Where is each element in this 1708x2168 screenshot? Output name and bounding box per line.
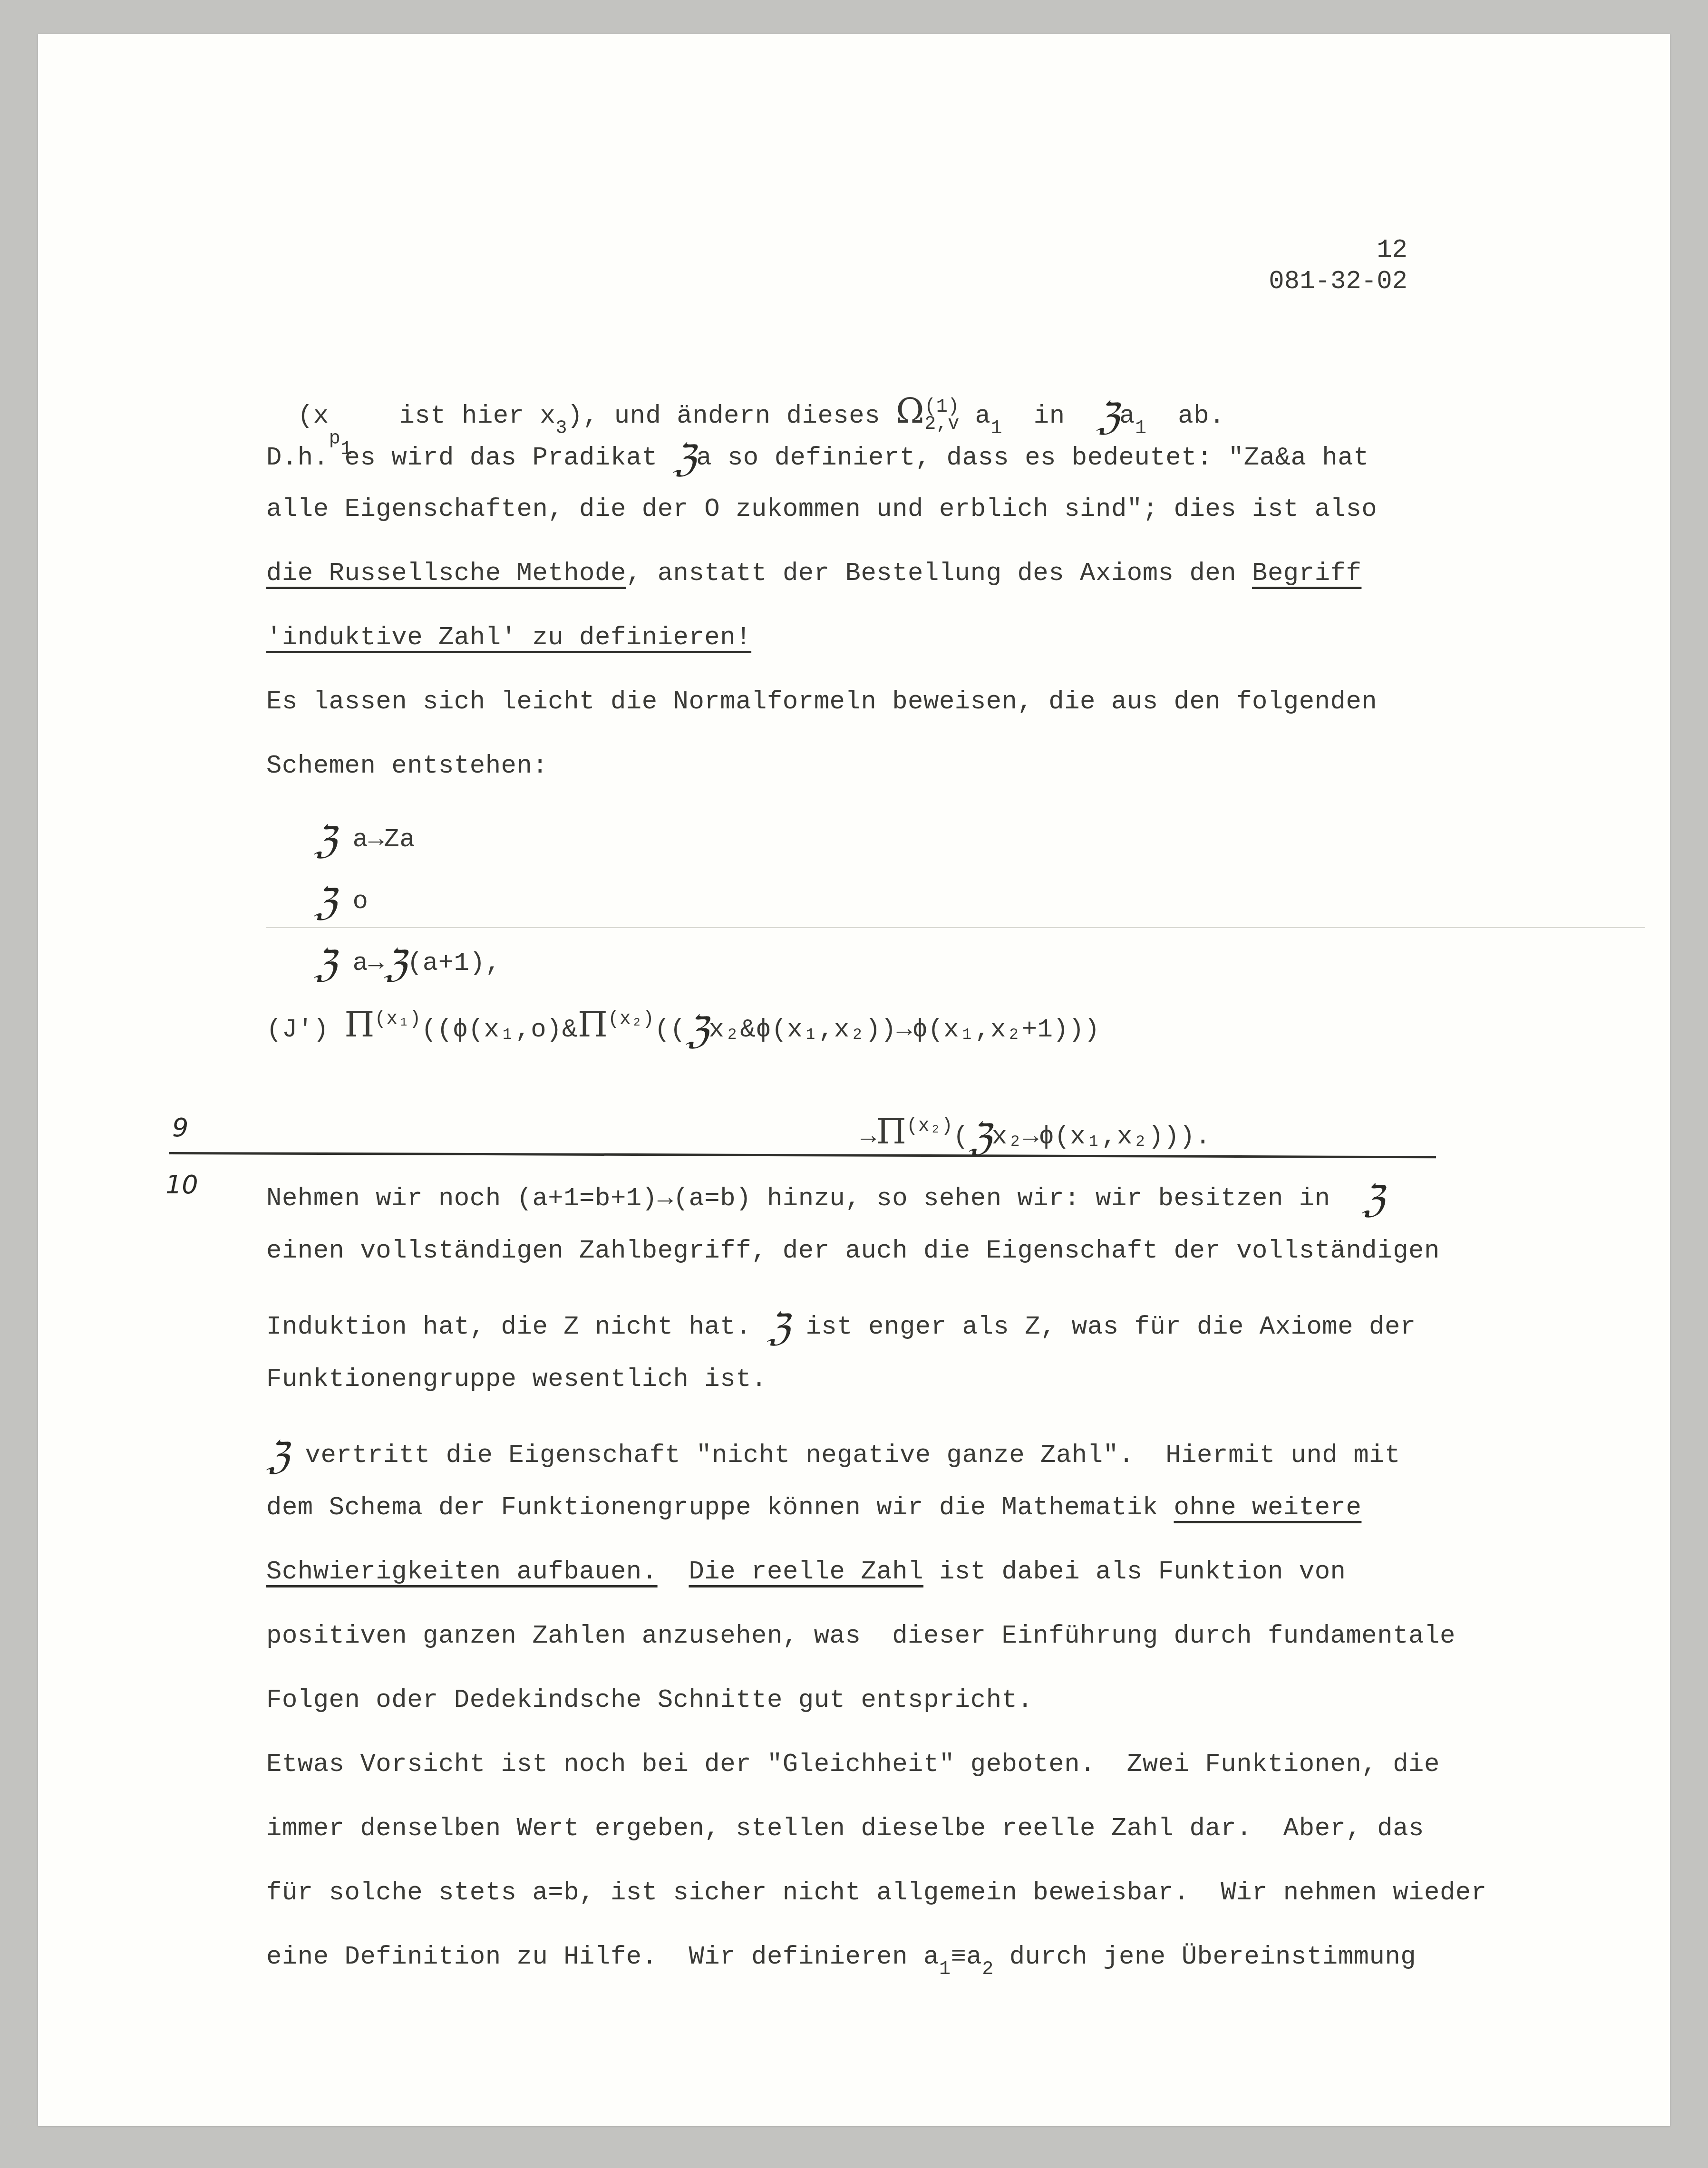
fraktur-z-symbol: ℨ xyxy=(686,1012,709,1049)
text-line: Schemen entstehen: xyxy=(266,754,548,779)
document-id: 081-32-02 xyxy=(1255,269,1407,295)
text-line: immer denselben Wert ergeben, stellen di… xyxy=(266,1816,1424,1842)
text-line: dem Schema der Funktionengruppe können w… xyxy=(266,1495,1361,1521)
fraktur-z-symbol: ℨ xyxy=(314,822,337,859)
formula-j-prime: (J') Π(x₁)((ϕ(x₁,o)&Π(x₂)((ℨx₂&ϕ(x₁,x₂))… xyxy=(266,1006,1100,1043)
text-line: Es lassen sich leicht die Normalformeln … xyxy=(266,689,1377,715)
paper-crease xyxy=(266,927,1645,928)
text-line: D.h. es wird das Pradikat ℨa so definier… xyxy=(266,434,1369,471)
fraktur-z-symbol: ℨ xyxy=(673,440,697,477)
scheme-formula: ℨ o xyxy=(314,877,368,915)
scheme-formula: ℨ a→Za xyxy=(314,815,415,853)
fraktur-z-symbol: ℨ xyxy=(767,1309,790,1346)
underlined-phrase: die Russellsche Methode xyxy=(266,559,626,588)
margin-note-9: 9 xyxy=(172,1113,188,1142)
text-line: 'induktive Zahl' zu definieren! xyxy=(266,625,751,651)
page-number: 12 xyxy=(1360,238,1407,263)
fraktur-z-symbol: ℨ xyxy=(1096,398,1119,436)
omega-symbol: Ω xyxy=(896,391,924,431)
text-line: Funktionengruppe wesentlich ist. xyxy=(266,1367,767,1393)
text-line: eine Definition zu Hilfe. Wir definieren… xyxy=(266,1945,1416,1979)
underlined-phrase: 'induktive Zahl' zu definieren! xyxy=(266,623,751,652)
text-line: Folgen oder Dedekindsche Schnitte gut en… xyxy=(266,1688,1033,1713)
underlined-phrase: ohne weitere xyxy=(1174,1493,1362,1522)
fraktur-z-symbol: ℨ xyxy=(314,884,337,921)
pi-symbol: Π xyxy=(578,1005,608,1045)
formula-j-prime-continuation: →Π(x₂)(ℨx₂→ϕ(x₁,x₂))). xyxy=(861,1113,1211,1150)
text-line: Schwierigkeiten aufbauen. Die reelle Zah… xyxy=(266,1559,1346,1585)
fraktur-z-symbol: ℨ xyxy=(1361,1181,1385,1218)
fraktur-z-symbol: ℨ xyxy=(314,946,337,983)
text-line: ℨ vertritt die Eigenschaft "nicht negati… xyxy=(266,1431,1400,1469)
text-line: Induktion hat, die Z nicht hat. ℨ ist en… xyxy=(266,1303,1416,1340)
document-page xyxy=(38,34,1670,2126)
text-line: für solche stets a=b, ist sicher nicht a… xyxy=(266,1880,1487,1906)
text-line: die Russellsche Methode, anstatt der Bes… xyxy=(266,561,1361,587)
fraktur-z-symbol: ℨ xyxy=(266,1438,290,1475)
scheme-formula: ℨ a→ℨ(a+1), xyxy=(314,939,501,977)
underlined-phrase: Begriff xyxy=(1252,559,1361,588)
text-line: Nehmen wir noch (a+1=b+1)→(a=b) hinzu, s… xyxy=(266,1174,1385,1212)
text-line: positiven ganzen Zahlen anzusehen, was d… xyxy=(266,1624,1456,1649)
margin-note-10: 10 xyxy=(165,1170,198,1200)
text-line: alle Eigenschaften, die der O zukommen u… xyxy=(266,497,1377,523)
text-line: Etwas Vorsicht ist noch bei der "Gleichh… xyxy=(266,1752,1440,1778)
pi-symbol: Π xyxy=(345,1005,375,1045)
underlined-phrase: Die reelle Zahl xyxy=(689,1558,923,1587)
pi-symbol: Π xyxy=(876,1112,906,1152)
fraktur-z-symbol: ℨ xyxy=(384,946,407,983)
underlined-phrase: Schwierigkeiten aufbauen. xyxy=(266,1558,658,1587)
text-line: einen vollständigen Zahlbegriff, der auc… xyxy=(266,1239,1440,1264)
fraktur-z-symbol: ℨ xyxy=(969,1119,992,1156)
